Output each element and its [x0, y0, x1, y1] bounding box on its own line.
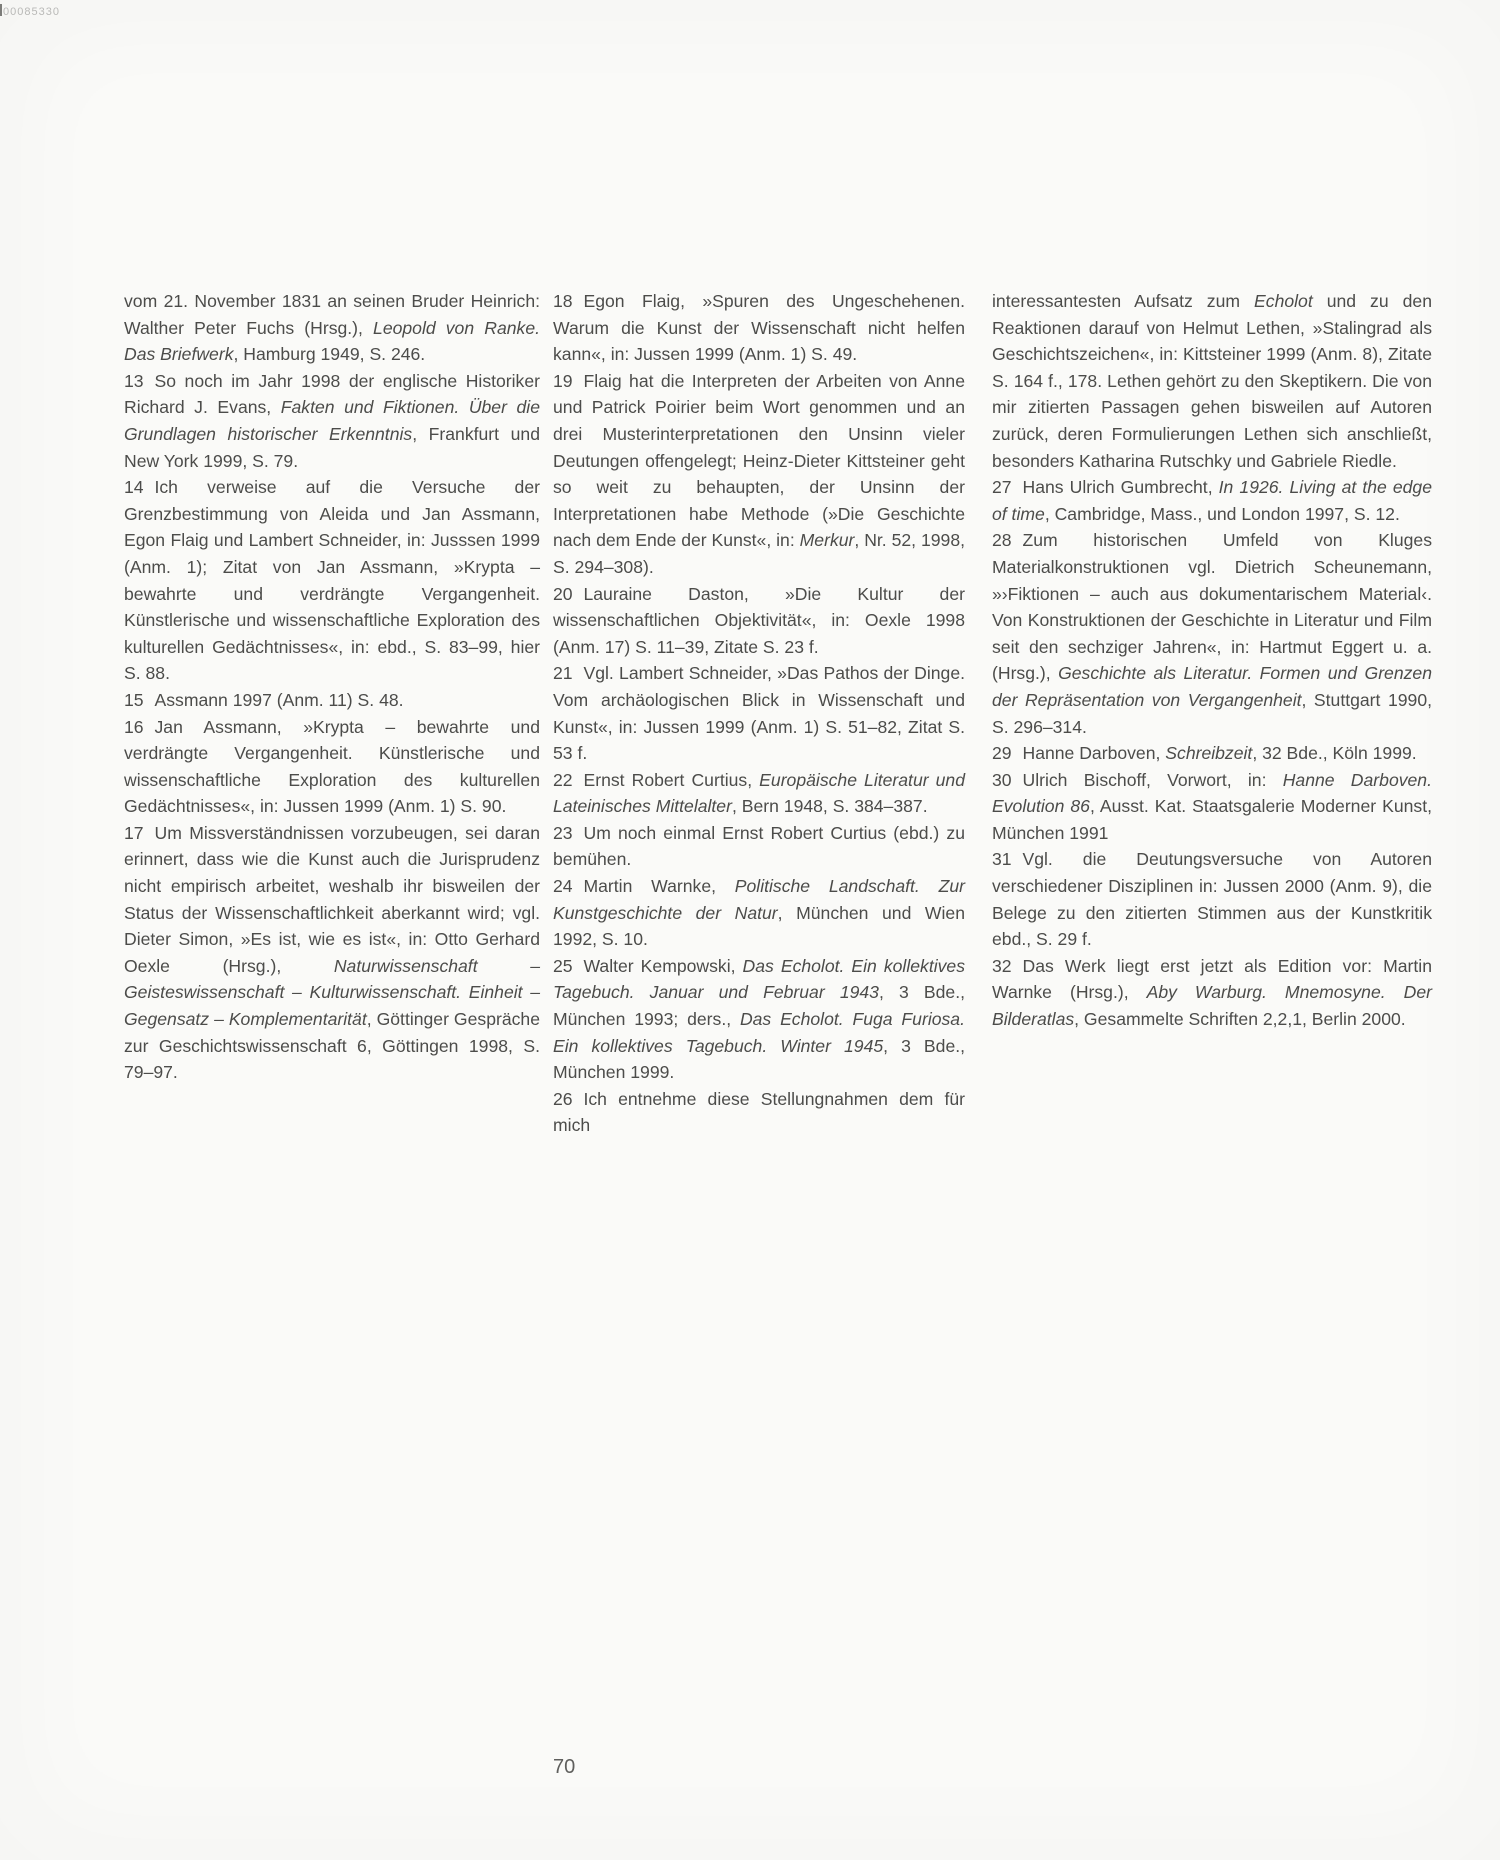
- footnote-number: 21: [553, 663, 573, 683]
- footnote-number: 26: [553, 1089, 573, 1109]
- footnote-number: 19: [553, 371, 573, 391]
- footnote-item: 28Zum historischen Umfeld von Kluges Mat…: [992, 527, 1432, 740]
- footnote-number: 20: [553, 584, 573, 604]
- footnote-text: Egon Flaig, »Spuren des Ungeschehenen. W…: [553, 291, 965, 364]
- footnote-text: , 32 Bde., Köln 1999.: [1252, 743, 1416, 763]
- footnote-item: 27Hans Ulrich Gumbrecht, In 1926. Living…: [992, 474, 1432, 527]
- footnote-number: 25: [553, 956, 573, 976]
- footnote-number: 16: [124, 717, 144, 737]
- footnote-text: , Bern 1948, S. 384–387.: [732, 796, 928, 816]
- footnote-item: 25Walter Kempowski, Das Echolot. Ein kol…: [553, 953, 965, 1086]
- footnote-item: 19Flaig hat die Interpreten der Arbeiten…: [553, 368, 965, 581]
- footnote-number: 24: [553, 876, 573, 896]
- footnote-number: 31: [992, 849, 1012, 869]
- footnote-title-italic: Echolot: [1254, 291, 1313, 311]
- scan-id-label: 00085330: [3, 6, 60, 18]
- footnote-number: 28: [992, 530, 1012, 550]
- footnote-column-left: vom 21. November 1831 an seinen Bruder H…: [124, 288, 540, 1086]
- footnote-item: 26Ich entnehme diese Stellungnahmen dem …: [553, 1086, 965, 1139]
- scan-edge-artifact: [0, 4, 2, 16]
- footnote-number: 14: [124, 477, 144, 497]
- footnote-item: interessantesten Aufsatz zum Echolot und…: [992, 288, 1432, 474]
- footnote-item: 21Vgl. Lambert Schneider, »Das Pathos de…: [553, 660, 965, 766]
- footnote-item: 23Um noch einmal Ernst Robert Curtius (e…: [553, 820, 965, 873]
- footnote-column-middle: 18Egon Flaig, »Spuren des Ungeschehenen.…: [553, 288, 965, 1139]
- scanned-book-page: 00085330 vom 21. November 1831 an seinen…: [0, 0, 1500, 1860]
- footnote-text: Um noch einmal Ernst Robert Curtius (ebd…: [553, 823, 965, 870]
- footnote-number: 15: [124, 690, 144, 710]
- footnote-text: Jan Assmann, »Krypta – bewahrte und verd…: [124, 717, 540, 817]
- footnote-text: Vgl. die Deutungsversuche von Autoren ve…: [992, 849, 1432, 949]
- footnote-text: Ich entnehme diese Stellungnahmen dem fü…: [553, 1089, 965, 1136]
- footnote-text: , Hamburg 1949, S. 246.: [234, 344, 426, 364]
- footnote-item: 14Ich verweise auf die Versuche der Gren…: [124, 474, 540, 687]
- footnote-text: Lauraine Daston, »Die Kultur der wissens…: [553, 584, 965, 657]
- footnote-item: 18Egon Flaig, »Spuren des Ungeschehenen.…: [553, 288, 965, 368]
- footnote-item: vom 21. November 1831 an seinen Bruder H…: [124, 288, 540, 368]
- footnote-item: 24Martin Warnke, Politische Landschaft. …: [553, 873, 965, 953]
- footnote-item: 30Ulrich Bischoff, Vorwort, in: Hanne Da…: [992, 767, 1432, 847]
- footnote-text: Walter Kempowski,: [583, 956, 742, 976]
- footnote-text: und zu den Reaktionen darauf von Helmut …: [992, 291, 1432, 471]
- footnote-number: 23: [553, 823, 573, 843]
- footnote-text: interessantesten Aufsatz zum: [992, 291, 1254, 311]
- footnote-column-right: interessantesten Aufsatz zum Echolot und…: [992, 288, 1432, 1033]
- footnote-text: Hans Ulrich Gumbrecht,: [1022, 477, 1218, 497]
- footnote-number: 27: [992, 477, 1012, 497]
- footnote-title-italic: Merkur: [800, 530, 855, 550]
- footnote-item: 17Um Missverständnissen vorzubeugen, sei…: [124, 820, 540, 1086]
- footnote-item: 29Hanne Darboven, Schreibzeit, 32 Bde., …: [992, 740, 1432, 767]
- page-number: 70: [553, 1756, 575, 1779]
- footnote-number: 17: [124, 823, 144, 843]
- footnote-text: Ernst Robert Curtius,: [583, 770, 759, 790]
- footnote-item: 32Das Werk liegt erst jetzt als Edition …: [992, 953, 1432, 1033]
- footnote-text: Ich verweise auf die Versuche der Grenzb…: [124, 477, 540, 683]
- footnote-text: Vgl. Lambert Schneider, »Das Pathos der …: [553, 663, 965, 763]
- footnote-number: 30: [992, 770, 1012, 790]
- footnote-text: Flaig hat die Interpreten der Arbeiten v…: [553, 371, 965, 551]
- footnote-item: 13So noch im Jahr 1998 der englische His…: [124, 368, 540, 474]
- footnote-item: 16Jan Assmann, »Krypta – bewahrte und ve…: [124, 714, 540, 820]
- footnote-number: 22: [553, 770, 573, 790]
- footnote-text: Martin Warnke,: [583, 876, 734, 896]
- footnote-text: Assmann 1997 (Anm. 11) S. 48.: [154, 690, 403, 710]
- footnote-text: Um Missverständnissen vorzubeugen, sei d…: [124, 823, 540, 976]
- footnote-title-italic: Schreibzeit: [1165, 743, 1252, 763]
- footnote-item: 20Lauraine Daston, »Die Kultur der wisse…: [553, 581, 965, 661]
- footnote-number: 32: [992, 956, 1012, 976]
- footnote-number: 29: [992, 743, 1012, 763]
- footnote-item: 31Vgl. die Deutungsversuche von Autoren …: [992, 846, 1432, 952]
- footnote-number: 18: [553, 291, 573, 311]
- footnote-item: 15Assmann 1997 (Anm. 11) S. 48.: [124, 687, 540, 714]
- footnote-text: , Cambridge, Mass., und London 1997, S. …: [1045, 504, 1400, 524]
- footnote-text: Hanne Darboven,: [1022, 743, 1165, 763]
- footnote-number: 13: [124, 371, 144, 391]
- footnote-item: 22Ernst Robert Curtius, Europäische Lite…: [553, 767, 965, 820]
- footnote-text: , Gesammelte Schriften 2,2,1, Berlin 200…: [1074, 1009, 1406, 1029]
- footnote-text: Zum historischen Umfeld von Kluges Mater…: [992, 530, 1432, 683]
- footnote-text: Ulrich Bischoff, Vorwort, in:: [1022, 770, 1282, 790]
